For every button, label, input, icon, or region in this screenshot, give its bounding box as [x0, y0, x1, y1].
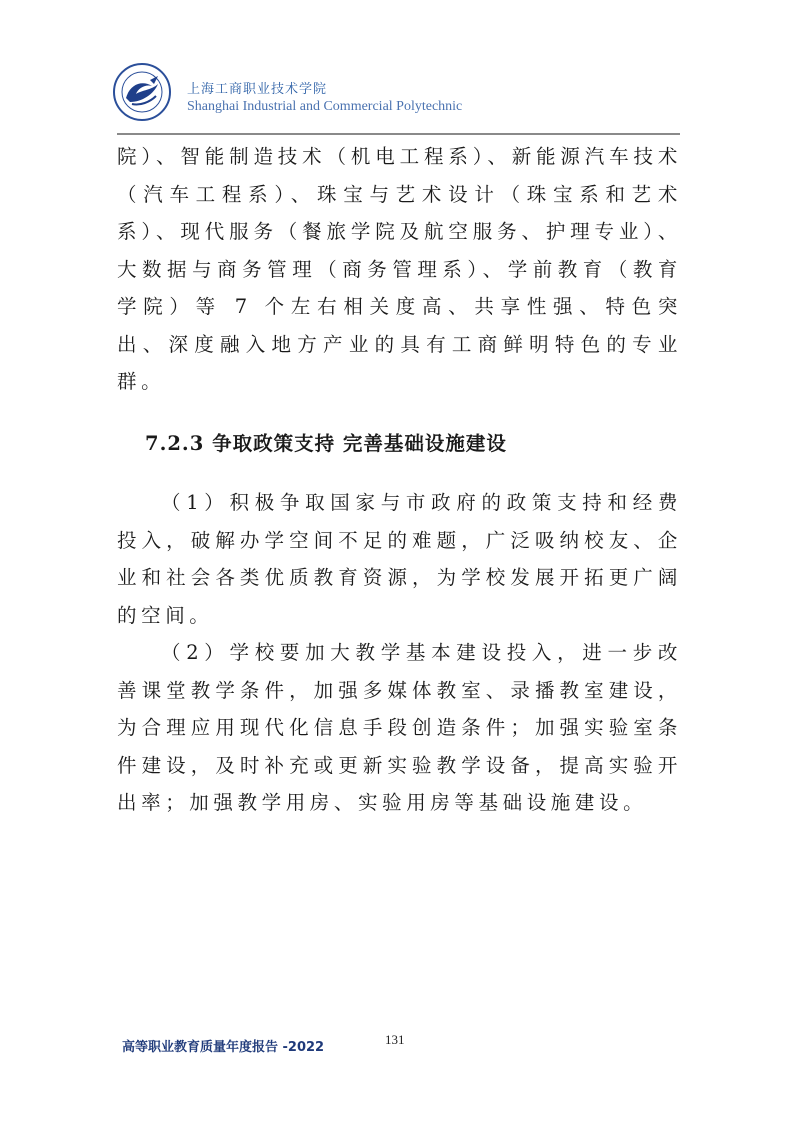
- header-divider: [117, 133, 680, 135]
- page-number: 131: [385, 1032, 405, 1048]
- continuation-paragraph: 院）、智能制造技术（机电工程系）、新能源汽车技术（汽车工程系）、珠宝与艺术设计（…: [117, 138, 682, 401]
- report-title: 高等职业教育质量年度报告 -2022: [122, 1036, 324, 1055]
- school-emblem-icon: [112, 62, 172, 122]
- page-footer: 高等职业教育质量年度报告 -2022 131: [122, 1036, 642, 1060]
- section-heading: 7.2.3 争取政策支持 完善基础设施建设: [117, 425, 682, 463]
- paragraph-1: （1）积极争取国家与市政府的政策支持和经费投入，破解办学空间不足的难题，广泛吸纳…: [117, 484, 682, 634]
- paragraph-2: （2）学校要加大教学基本建设投入，进一步改善课堂教学条件，加强多媒体教室、录播教…: [117, 634, 682, 822]
- page-header: 上海工商职业技术学院 Shanghai Industrial and Comme…: [112, 62, 682, 132]
- school-name-english: Shanghai Industrial and Commercial Polyt…: [187, 99, 462, 115]
- page-body: 院）、智能制造技术（机电工程系）、新能源汽车技术（汽车工程系）、珠宝与艺术设计（…: [117, 138, 682, 822]
- school-name-chinese: 上海工商职业技术学院: [187, 78, 327, 97]
